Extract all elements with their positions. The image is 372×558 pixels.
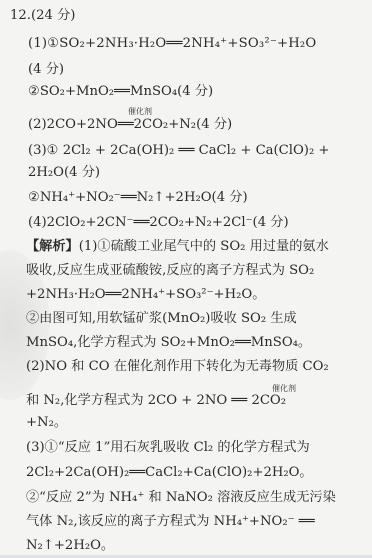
analysis-line-11: ②“反应 2”为 NH₄⁺ 和 NaNO₂ 溶液反应生成无污染 — [26, 490, 336, 506]
answer-4: (4)2ClO₂+2CN⁻══2CO₂+N₂+2Cl⁻(4 分) — [28, 215, 289, 231]
analysis-label: 【解析】 — [26, 239, 79, 254]
answer-1-1-score: (4 分) — [28, 62, 64, 78]
question-header: 12.(24 分) — [10, 8, 75, 24]
analysis-line-5: MnSO₄,化学方程式为 SO₂+MnO₂══MnSO₄。 — [26, 335, 311, 351]
answer-3-1-cont: 2H₂O(4 分) — [28, 165, 100, 181]
analysis-line-7: 和 N₂,化学方程式为 2CO + 2NO ══ 2CO₂ — [26, 393, 286, 409]
analysis-line-2: 吸收,反应生成亚硫酸铵,反应的离子方程式为 SO₂ — [26, 263, 314, 279]
catalyst-label-2: 催化剂 — [272, 385, 296, 393]
analysis-line-13: N₂↑+2H₂O。 — [26, 538, 114, 554]
analysis-line-10: 2Cl₂+2Ca(OH)₂══CaCl₂+Ca(ClO)₂+2H₂O。 — [26, 465, 313, 481]
analysis-line-1: 【解析】(1)①硫酸工业尾气中的 SO₂ 用过量的氨水 — [26, 239, 329, 255]
answer-2: (2)2CO+2NO══2CO₂+N₂(4 分) — [28, 117, 232, 133]
answer-3-2: ②NH₄⁺+NO₂⁻══N₂↑+2H₂O(4 分) — [28, 190, 248, 206]
analysis-line-6: (2)NO 和 CO 在催化剂作用下转化为无毒物质 CO₂ — [26, 359, 329, 375]
answer-3-1: (3)① 2Cl₂ + 2Ca(OH)₂ ══ CaCl₂ + Ca(ClO)₂… — [28, 143, 329, 159]
analysis-line-3: +2NH₃·H₂O══2NH₄⁺+SO₃²⁻+H₂O。 — [26, 287, 265, 303]
analysis-line-8: +N₂。 — [26, 415, 67, 431]
analysis-line-12: 气体 N₂,该反应的离子方程式为 NH₄⁺+NO₂⁻ ══ — [26, 514, 315, 530]
analysis-line-4: ②由图可知,用软锰矿浆(MnO₂)吸收 SO₂ 生成 — [26, 311, 297, 327]
answer-1-2: ②SO₂+MnO₂══MnSO₄(4 分) — [28, 84, 213, 100]
document-page: 12.(24 分) (1)①SO₂+2NH₃·H₂O══2NH₄⁺+SO₃²⁻+… — [0, 0, 372, 558]
answer-1-1: (1)①SO₂+2NH₃·H₂O══2NH₄⁺+SO₃²⁻+H₂O — [28, 36, 316, 52]
analysis-line-9: (3)①“反应 1”用石灰乳吸收 Cl₂ 的化学方程式为 — [26, 440, 310, 456]
catalyst-label-1: 催化剂 — [128, 108, 152, 116]
